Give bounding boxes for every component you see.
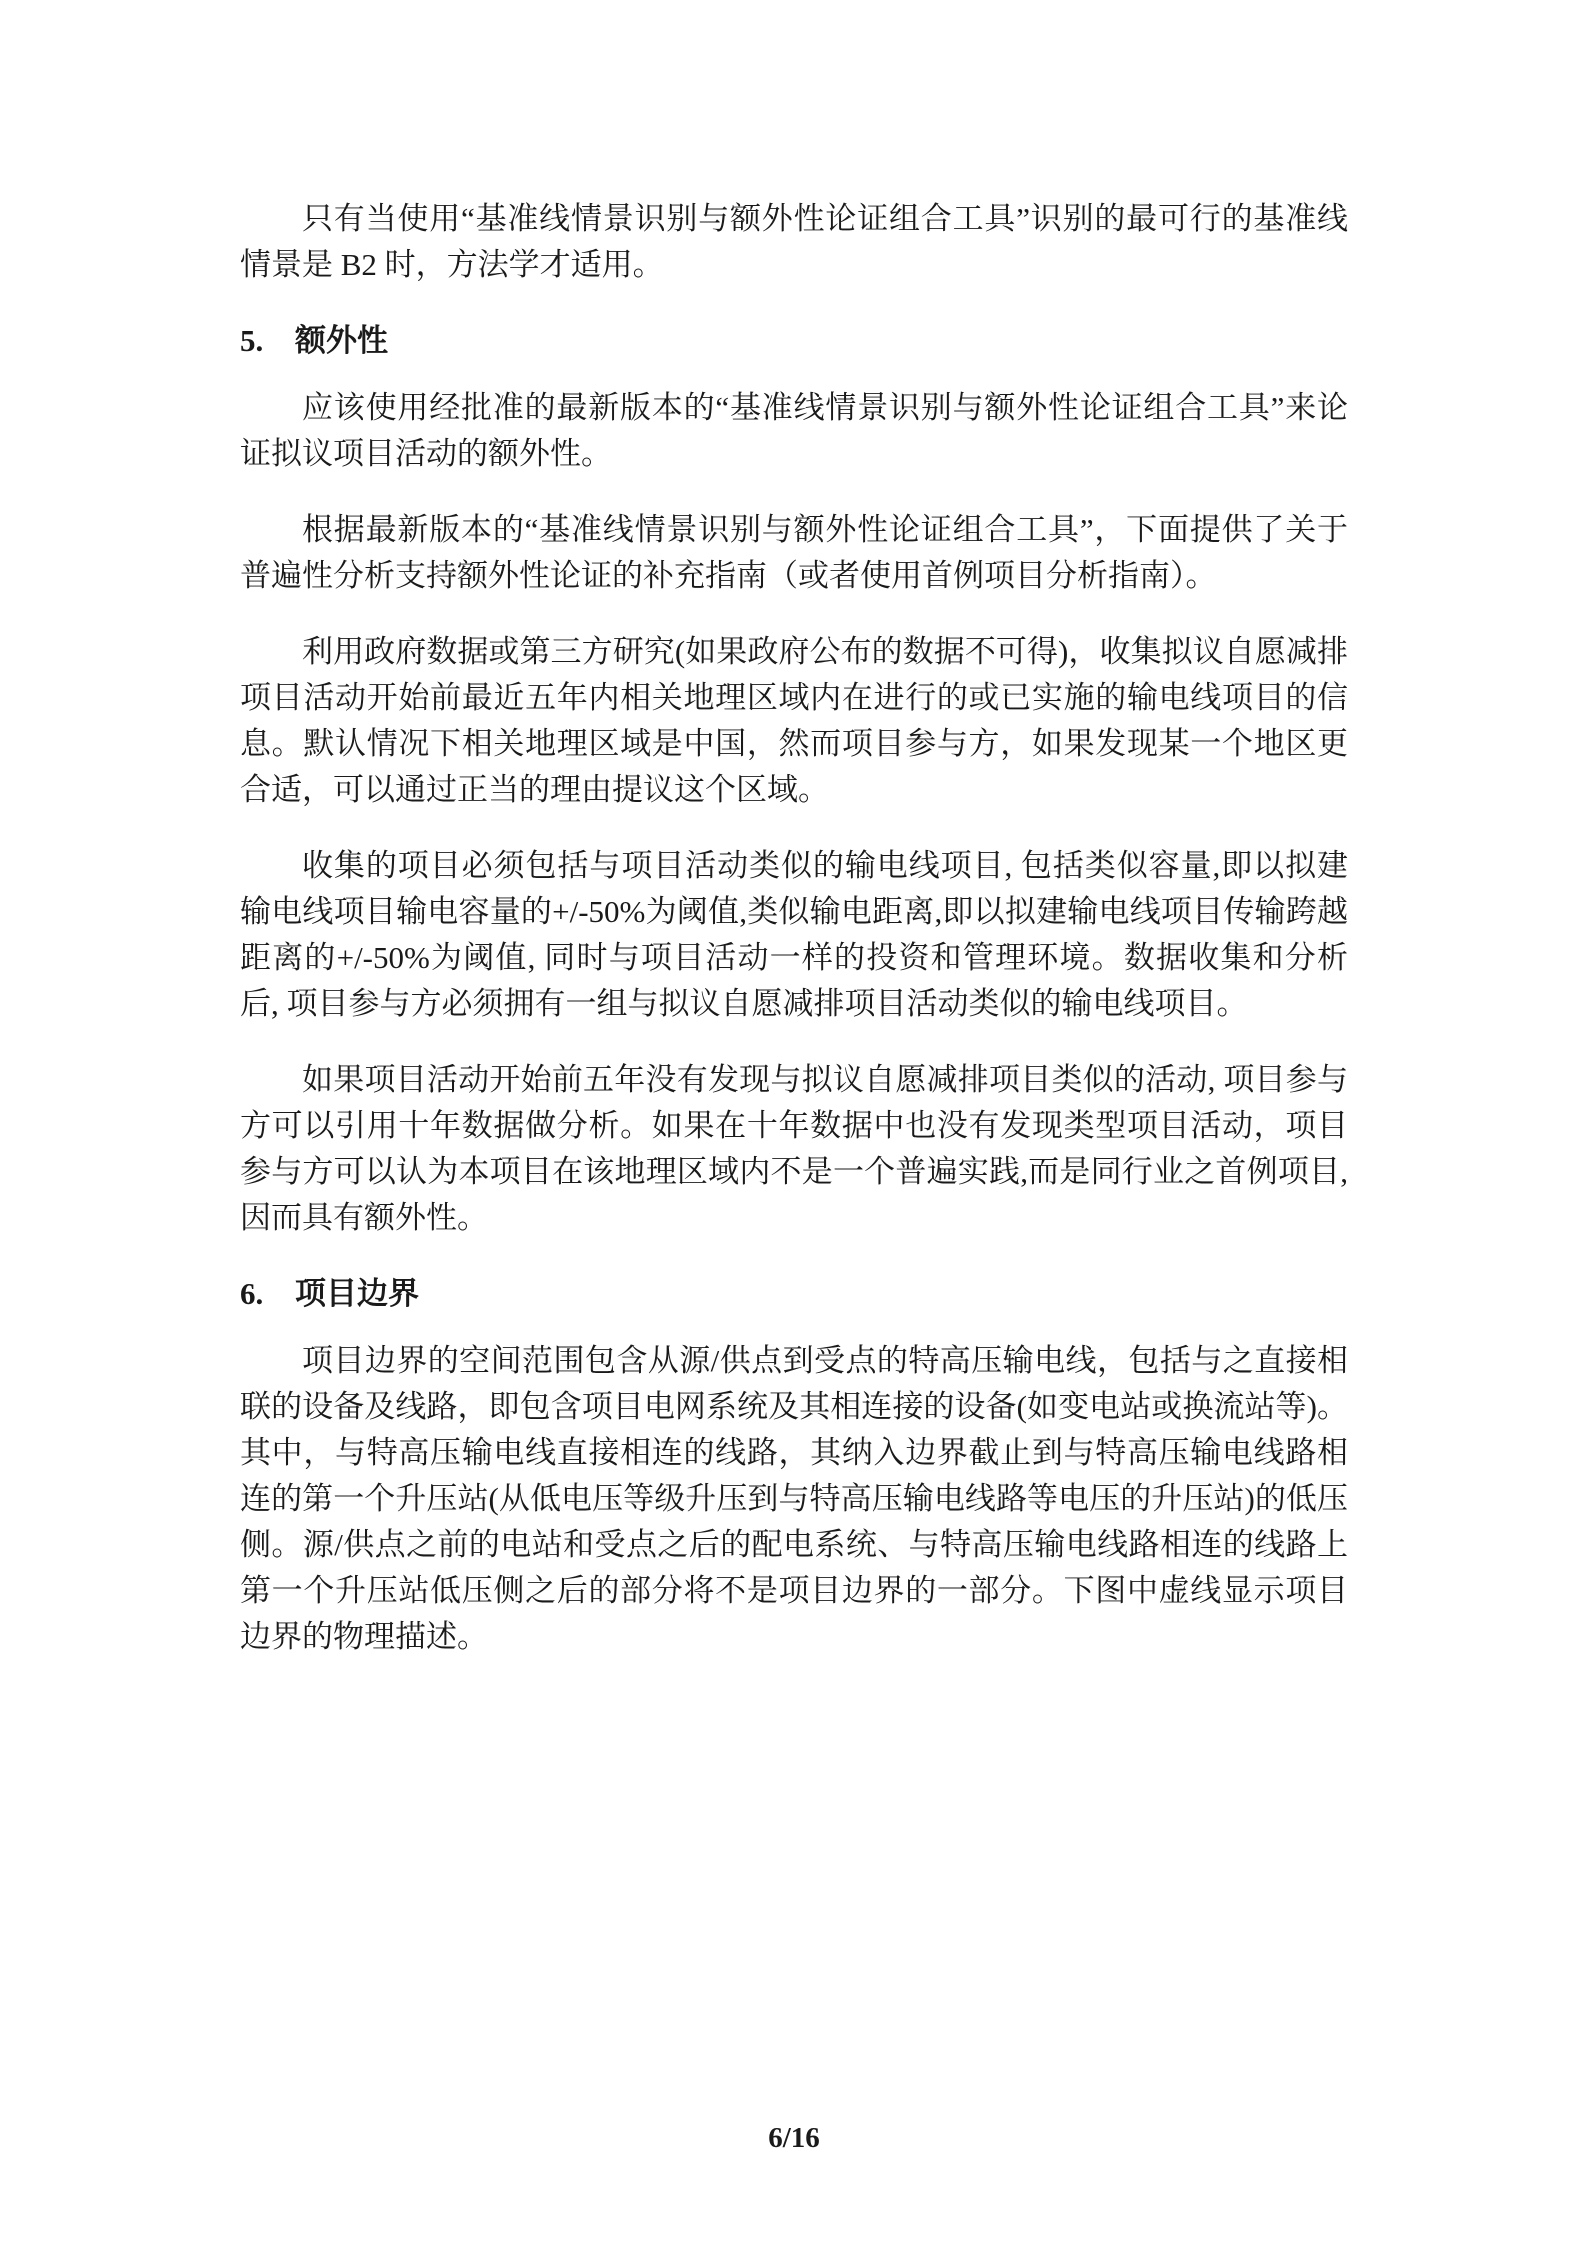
paragraph-data-collection: 利用政府数据或第三方研究(如果政府公布的数据不可得)，收集拟议自愿减排项目活动开… — [240, 629, 1348, 813]
paragraph-similar-projects: 收集的项目必须包括与项目活动类似的输电线项目, 包括类似容量,即以拟建输电线项目… — [240, 843, 1348, 1027]
paragraph-first-of-kind: 如果项目活动开始前五年没有发现与拟议自愿减排项目类似的活动, 项目参与方可以引用… — [240, 1057, 1348, 1241]
section-title: 额外性 — [295, 323, 388, 358]
paragraph-tool-use: 应该使用经批准的最新版本的“基准线情景识别与额外性论证组合工具”来论证拟议项目活… — [240, 385, 1348, 477]
paragraph-boundary-description: 项目边界的空间范围包含从源/供点到受点的特高压输电线，包括与之直接相联的设备及线… — [240, 1338, 1348, 1660]
section-number: 5. — [240, 318, 295, 364]
section-title: 项目边界 — [295, 1276, 419, 1311]
document-body: 只有当使用“基准线情景识别与额外性论证组合工具”识别的最可行的基准线情景是 B2… — [240, 196, 1348, 1690]
section-number: 6. — [240, 1271, 295, 1317]
page-number: 6/16 — [768, 2122, 820, 2154]
paragraph-common-practice-guidance: 根据最新版本的“基准线情景识别与额外性论证组合工具”，下面提供了关于普遍性分析支… — [240, 507, 1348, 599]
document-page: 只有当使用“基准线情景识别与额外性论证组合工具”识别的最可行的基准线情景是 B2… — [0, 0, 1588, 2245]
section-heading-additionality: 5.额外性 — [240, 318, 1348, 364]
section-heading-project-boundary: 6.项目边界 — [240, 1271, 1348, 1317]
page-footer: 6/16 — [0, 2122, 1588, 2155]
paragraph-applicability: 只有当使用“基准线情景识别与额外性论证组合工具”识别的最可行的基准线情景是 B2… — [240, 196, 1348, 288]
